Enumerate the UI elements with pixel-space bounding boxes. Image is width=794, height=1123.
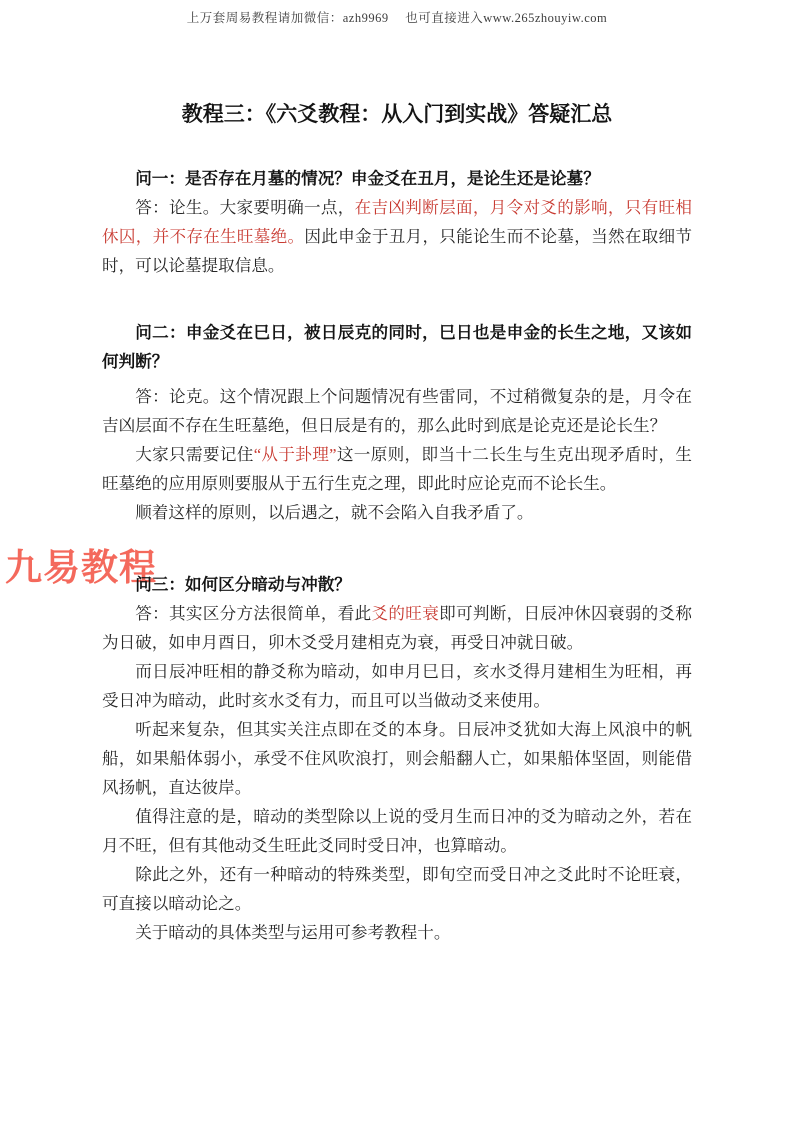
answer-paragraph: 而日辰冲旺相的静爻称为暗动，如申月巳日，亥水爻得月建相生为旺相，再受日冲为暗动，… (102, 657, 692, 715)
text-segment: 顺着这样的原则，以后遇之，就不会陷入自我矛盾了。 (135, 503, 533, 522)
answer-paragraph: 关于暗动的具体类型与运用可参考教程十。 (102, 918, 692, 947)
question-heading-3: 问三：如何区分暗动与冲散？ (102, 570, 692, 599)
answer-paragraph: 除此之外，还有一种暗动的特殊类型，即旬空而受日冲之爻此时不论旺衰，可直接以暗动论… (102, 860, 692, 918)
highlighted-text: “从于卦理” (254, 445, 337, 464)
text-segment: 而日辰冲旺相的静爻称为暗动，如申月巳日，亥水爻得月建相生为旺相，再受日冲为暗动，… (102, 662, 692, 710)
question-heading-2: 问二：申金爻在巳日，被日辰克的同时，巳日也是申金的长生之地，又该如何判断？ (102, 318, 692, 376)
answer-paragraph: 答：其实区分方法很简单，看此爻的旺衰即可判断，日辰冲休囚衰弱的爻称为日破，如申月… (102, 599, 692, 657)
text-segment: 答：其实区分方法很简单，看此 (135, 604, 371, 623)
qa-section-1: 问一：是否存在月墓的情况？申金爻在丑月，是论生还是论墓？答：论生。大家要明确一点… (102, 164, 692, 280)
text-segment: 大家只需要记住 (135, 445, 254, 464)
qa-section-3: 问三：如何区分暗动与冲散？答：其实区分方法很简单，看此爻的旺衰即可判断，日辰冲休… (102, 570, 692, 947)
text-segment: 答：论生。大家要明确一点， (135, 198, 354, 217)
page-title: 教程三：《六爻教程：从入门到实战》答疑汇总 (102, 96, 692, 132)
text-segment: 除此之外，还有一种暗动的特殊类型，即旬空而受日冲之爻此时不论旺衰，可直接以暗动论… (102, 865, 692, 913)
qa-list: 问一：是否存在月墓的情况？申金爻在丑月，是论生还是论墓？答：论生。大家要明确一点… (102, 164, 692, 947)
header-note: 上万套周易教程请加微信：azh9969 也可直接进入www.265zhouyiw… (0, 8, 794, 26)
text-segment: 值得注意的是，暗动的类型除以上说的受月生而日冲的爻为暗动之外，若在月不旺，但有其… (102, 807, 692, 855)
document-page: { "page": { "header_note": "上万套周易教程请加微信：… (0, 0, 794, 1123)
answer-paragraph: 顺着这样的原则，以后遇之，就不会陷入自我矛盾了。 (102, 498, 692, 527)
answer-paragraph: 大家只需要记住“从于卦理”这一原则，即当十二长生与生克出现矛盾时，生旺墓绝的应用… (102, 440, 692, 498)
answer-paragraph: 答：论生。大家要明确一点，在吉凶判断层面，月令对爻的影响，只有旺相休囚，并不存在… (102, 193, 692, 280)
answer-paragraph: 听起来复杂，但其实关注点即在爻的本身。日辰冲爻犹如大海上风浪中的帆船，如果船体弱… (102, 715, 692, 802)
answer-paragraph: 值得注意的是，暗动的类型除以上说的受月生而日冲的爻为暗动之外，若在月不旺，但有其… (102, 802, 692, 860)
text-segment: 关于暗动的具体类型与运用可参考教程十。 (135, 923, 450, 942)
question-heading-1: 问一：是否存在月墓的情况？申金爻在丑月，是论生还是论墓？ (102, 164, 692, 193)
highlighted-text: 爻的旺衰 (372, 604, 440, 623)
answer-paragraph: 答：论克。这个情况跟上个问题情况有些雷同，不过稍微复杂的是，月令在吉凶层面不存在… (102, 382, 692, 440)
text-segment: 答：论克。这个情况跟上个问题情况有些雷同，不过稍微复杂的是，月令在吉凶层面不存在… (102, 387, 692, 435)
document-body: 教程三：《六爻教程：从入门到实战》答疑汇总 问一：是否存在月墓的情况？申金爻在丑… (102, 96, 692, 947)
qa-section-2: 问二：申金爻在巳日，被日辰克的同时，巳日也是申金的长生之地，又该如何判断？答：论… (102, 318, 692, 527)
text-segment: 听起来复杂，但其实关注点即在爻的本身。日辰冲爻犹如大海上风浪中的帆船，如果船体弱… (102, 720, 692, 797)
